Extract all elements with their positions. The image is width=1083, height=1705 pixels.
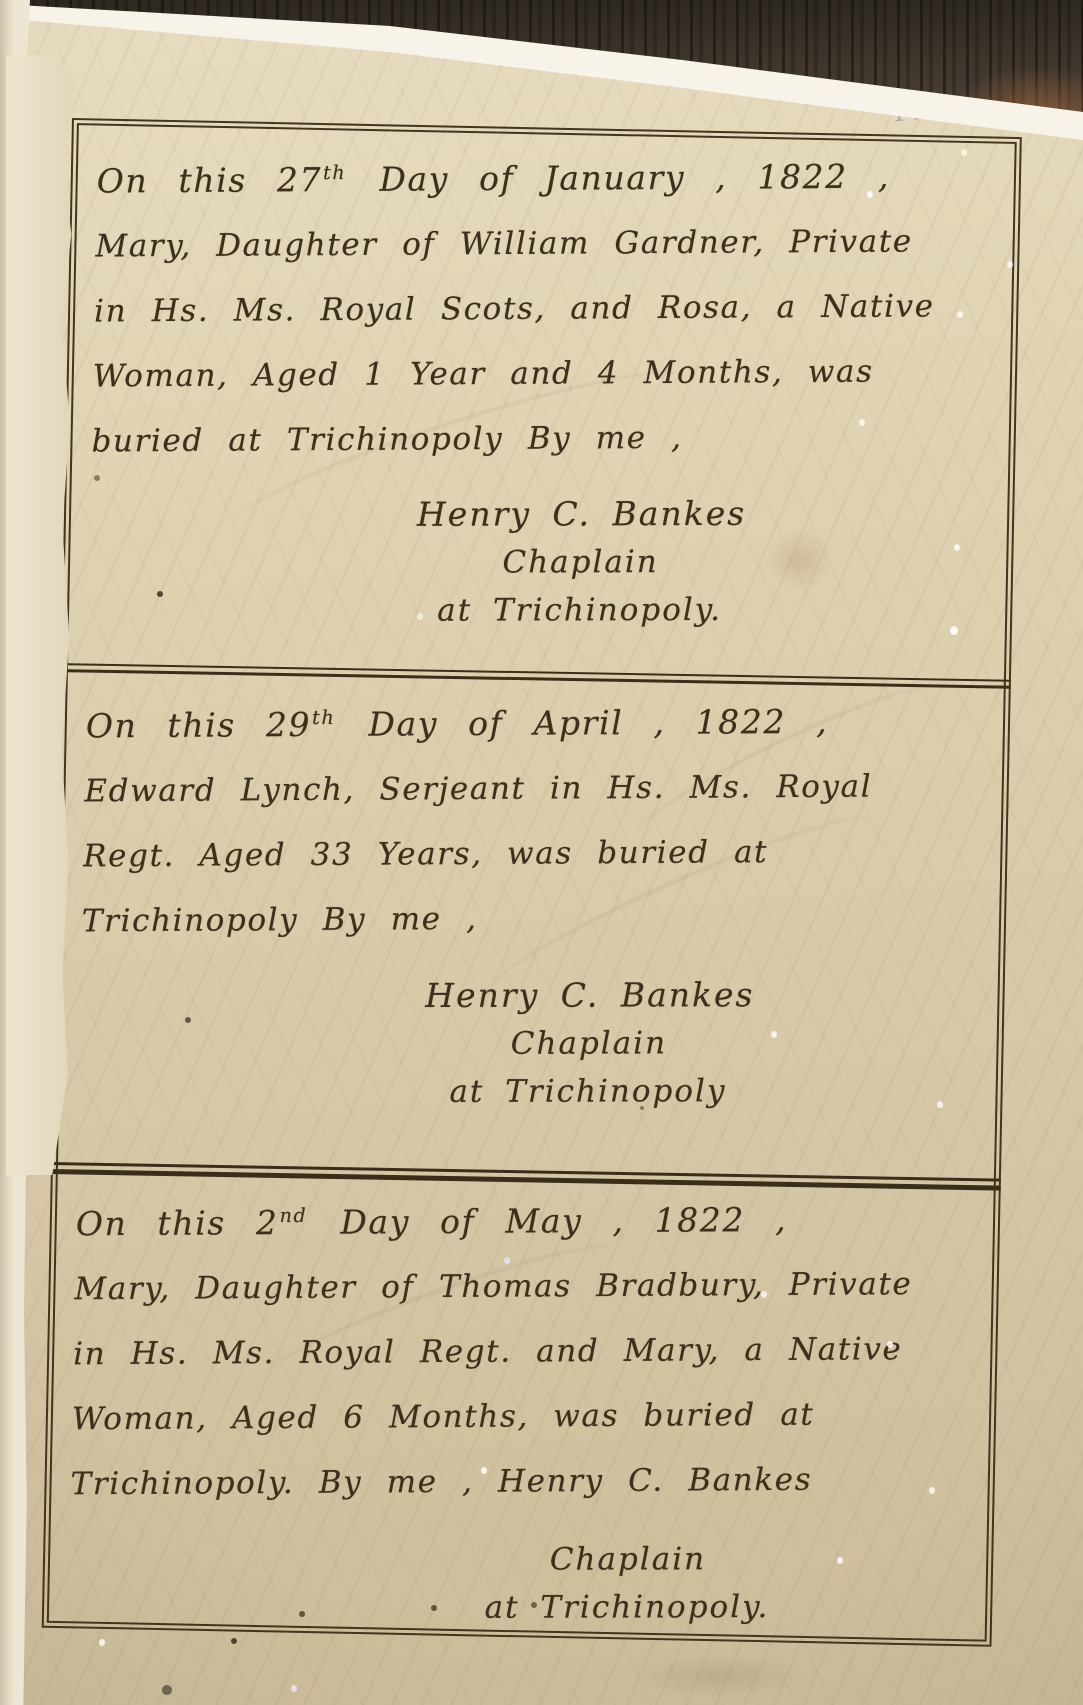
register-page: 104 On this 27th Day of January , 1822 ,… [0, 0, 1083, 1705]
date-text: On this 29 [86, 705, 312, 745]
ordinal-superscript: th [312, 706, 335, 729]
date-text: Day of January , 1822 , [349, 157, 890, 199]
signature-place: at Trichinopoly [196, 1072, 981, 1110]
entry-body-line: Mary, Daughter of William Gardner, Priva… [95, 221, 997, 267]
entry-body-line: Trichinopoly. By me , Henry C. Bankes [70, 1459, 972, 1505]
entry-date-line: On this 2nd Day of May , 1822 , [76, 1192, 978, 1245]
date-text: On this 2 [76, 1203, 279, 1243]
signature-block: Henry C. Bankes Chaplain at Trichinopoly… [88, 486, 992, 636]
photo-scene: 104 On this 27th Day of January , 1822 ,… [0, 0, 1083, 1705]
signature-name: Henry C. Bankes [198, 976, 983, 1014]
signature-block: Henry C. Bankes Chaplain at Trichinopoly [78, 967, 982, 1117]
ruled-border-frame: On this 27th Day of January , 1822 , Mar… [42, 118, 1022, 1647]
entry-body-line: Trichinopoly By me , [82, 896, 984, 942]
burial-entry-2: On this 29th Day of April , 1822 , Edwar… [53, 671, 1009, 1180]
entry-body-line: in Hs. Ms. Royal Regt. and Mary, a Nativ… [73, 1329, 975, 1375]
entry-date-line: On this 29th Day of April , 1822 , [86, 694, 988, 747]
entry-body-line: Mary, Daughter of Thomas Bradbury, Priva… [74, 1264, 976, 1310]
signature-block: Chaplain at Trichinopoly. [68, 1530, 972, 1632]
signature-title: Chaplain [197, 1024, 982, 1062]
burial-entry-1: On this 27th Day of January , 1822 , Mar… [63, 120, 1020, 681]
entry-body-line: Woman, Aged 1 Year and 4 Months, was [93, 351, 995, 397]
signature-name: Henry C. Bankes [171, 495, 992, 533]
signature-title: Chaplain [286, 1541, 972, 1579]
signature-place: at Trichinopoly. [169, 591, 990, 629]
signature-place: at Trichinopoly. [285, 1589, 971, 1627]
date-text: Day of May , 1822 , [310, 1200, 787, 1242]
entry-date-line: On this 27th Day of January , 1822 , [97, 149, 999, 202]
signature-title: Chaplain [170, 543, 991, 581]
burial-entry-3: On this 2nd Day of May , 1822 , Mary, Da… [44, 1173, 999, 1645]
entry-body-line: buried at Trichinopoly By me , [91, 416, 993, 462]
entry-body-line: Regt. Aged 33 Years, was buried at [83, 831, 985, 877]
date-text: On this 27 [97, 160, 323, 200]
ordinal-superscript: th [323, 161, 346, 184]
ordinal-superscript: nd [279, 1204, 307, 1227]
entry-body-line: Edward Lynch, Serjeant in Hs. Ms. Royal [84, 766, 986, 812]
entry-body-line: in Hs. Ms. Royal Scots, and Rosa, a Nati… [94, 286, 996, 332]
entry-body-line: Woman, Aged 6 Months, was buried at [72, 1394, 974, 1440]
paper-stain [600, 1648, 840, 1704]
date-text: Day of April , 1822 , [338, 702, 828, 744]
